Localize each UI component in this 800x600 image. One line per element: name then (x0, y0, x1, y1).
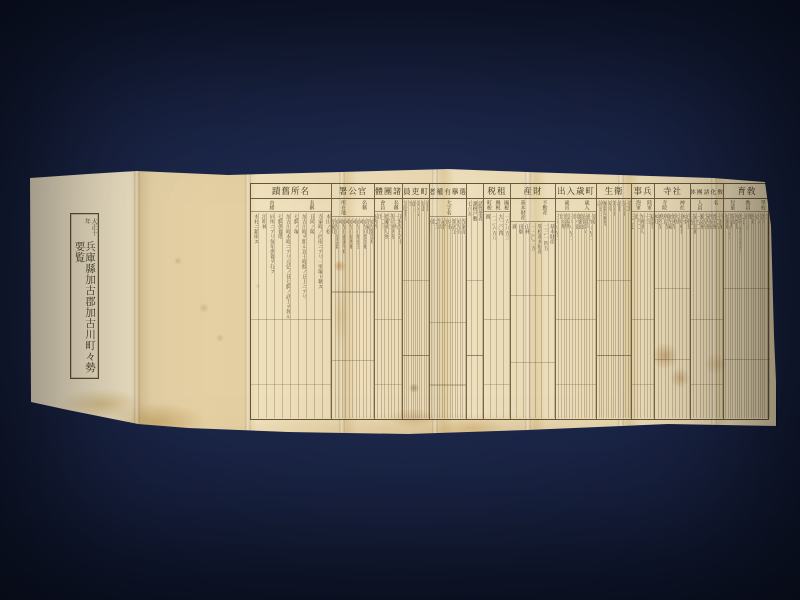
section-header: 寺社 (655, 184, 690, 199)
subheader-label: 所在地 (340, 200, 345, 215)
subheader-label: 不動産 (542, 200, 547, 220)
section-meisho-kyuseki: 蹟舊所名名稱由緒本田ノ松寺家町ノ西南ニアリ一里塚ト稱ス日岡ノ陵加古川町ヲ距ル北十… (251, 184, 331, 419)
section-header: 員吏町 (403, 184, 429, 199)
subheader-label: 敎員 (744, 200, 749, 210)
document-paper: 大正十年 兵庫縣加古郡加古川町々勢要覧 蹟舊所名名稱由緒本田ノ松寺家町ノ西南ニア… (28, 166, 776, 438)
section-header: 蹟舊所名 (251, 184, 331, 199)
section-body: 現役兵三五一二在鄉軍人二六〇計三〇七 (632, 212, 654, 419)
section-subheader: 名稱會員 (375, 199, 402, 212)
section-header: 者權有擧選 (430, 184, 466, 199)
section-subheader: 陸軍海軍 (632, 199, 654, 212)
section-sozei: 税租國税縣税町税一六,八五三九,二〇四一二,六五八圓 (483, 184, 510, 419)
subheader-label: 國税 (503, 200, 508, 210)
table-column: 加古川町本町ニアリ元弘ノ昔七騎ノ武士ヲ葬ル (283, 213, 291, 418)
section-body: 諸營業者課税戸數七八五 (467, 199, 483, 419)
section-senkyo-yukensha: 者權有擧選大字名寺家町三二五加古川二〇三篠原町一五二木村九六友澤八四稻屋七二計九… (429, 184, 466, 419)
section-zaisan: 産財不動産基本財産基本財産二三,一四五學校基本財産一一,〇二五山林田畑圓 (510, 184, 555, 419)
section-cho-sainyushutsu: 出入歳町歳入歳出町税一九,八五二使用料財産收入寄附金繰越金其ノ他計三八,六五二役… (555, 184, 596, 419)
subheader-label: 寺院 (661, 200, 666, 210)
subheader-label: 大字名 (446, 200, 451, 215)
section-subheader: 學校敎員兒童 (724, 199, 770, 212)
subheader-label: 歳出 (564, 200, 569, 210)
statistics-table: 蹟舊所名名稱由緒本田ノ松寺家町ノ西南ニアリ一里塚ト稱ス日岡ノ陵加古川町ヲ距ル北十… (250, 183, 769, 420)
cover-title: 兵庫縣加古郡加古川町々勢要覧 (74, 241, 95, 374)
subheader-label: 歳入 (584, 200, 589, 210)
section-header: 体團諸化敎 (691, 184, 723, 199)
section-header (467, 184, 483, 199)
subheader-label: 縣税 (494, 200, 499, 210)
table-column: 七騎ノ塚 (291, 213, 299, 418)
section-eisei: 生衛醫師一〇齒科醫三産婆八藥劑師二病院一傳染病患者四二同死亡五 (596, 184, 631, 419)
section-header: 體團諸 (375, 184, 402, 199)
section-subheader: 國税縣税町税 (484, 199, 510, 212)
subheader-label: 名稱 (309, 200, 314, 210)
section-kyoka-shodantai: 体團諸化敎名人員戸主會一〇五青年會四五五婦人會二五五處女會一八〇支出金額三五〇 (690, 184, 723, 419)
table-column: 本田ノ松 (323, 213, 331, 418)
subheader-label: 由緒 (269, 200, 274, 210)
table-column: 日岡ノ陵 (307, 213, 315, 418)
section-subheader: 名人員 (691, 199, 723, 212)
section-subheader: 名稱所在地 (332, 199, 374, 217)
cover-era-label: 大正十年 (83, 218, 96, 239)
section-body: 本田ノ松寺家町ノ西南ニアリ一里塚ト稱ス日岡ノ陵加古川町ヲ距ル北十町餘ノ丘上ニアリ… (251, 212, 331, 419)
subheader-label: 名稱 (393, 200, 398, 210)
table-column: 泊明神 (259, 213, 267, 418)
section-header: 税租 (484, 184, 510, 199)
section-heiji: 事兵陸軍海軍現役兵三五一二在鄉軍人二六〇計三〇七 (631, 184, 654, 419)
section-cho-riin: 員吏町町長一助役一收入役一書記九計一二町會議員二四 (402, 184, 429, 419)
cover-title-box: 大正十年 兵庫縣加古郡加古川町々勢要覧 (70, 213, 99, 379)
subheader-label: 學校 (760, 200, 765, 210)
section-body: 基本財産二三,一四五學校基本財産一一,〇二五山林田畑圓 (511, 222, 555, 419)
section-body: 尋常高等小學校二敎員男一八女一二兒童男八三五女七九二就學兒童出席步合九八,六卒業… (724, 212, 770, 419)
section-body: 寺家町三二五加古川二〇三篠原町一五二木村九六友澤八四稻屋七二計九三二 (430, 217, 466, 419)
section-header: 署公官 (332, 184, 374, 199)
subheader-label: 陸軍 (646, 200, 651, 210)
section-subheader: 名稱由緒 (251, 199, 331, 212)
table-column: 木村ニ鎮座ス (251, 213, 259, 418)
section-body: 醫師一〇齒科醫三産婆八藥劑師二病院一傳染病患者四二同死亡五 (597, 199, 631, 419)
subheader-label: 名稱 (361, 200, 366, 215)
section-subheader: 神社寺院 (655, 199, 690, 212)
section-subheader: 不動産基本財産 (511, 199, 555, 222)
section-header: 育敎 (724, 184, 770, 199)
section-body: 加古郡役所寺家町加古川警察署同加古川郵便局同加古川税務署同加古川區裁判所同加古川… (332, 217, 374, 419)
subheader-label: 基本財産 (520, 200, 525, 220)
section-kyoiku: 育敎學校敎員兒童尋常高等小學校二敎員男一八女一二兒童男八三五女七九二就學兒童出席… (723, 184, 770, 419)
table-column: 同所ニアリ毎年供養ヲ行フ (267, 213, 275, 418)
table-column: 尋常高等小學校 (768, 213, 770, 418)
section-sho-eigyosha: 諸營業者課税戸數七八五 (466, 184, 483, 419)
section-header: 事兵 (632, 184, 654, 199)
table-column: 加古川町ヲ距ル北十町餘ノ丘上ニアリ (299, 213, 307, 418)
section-header: 出入歳町 (556, 184, 596, 199)
photo-background: 大正十年 兵庫縣加古郡加古川町々勢要覧 蹟舊所名名稱由緒本田ノ松寺家町ノ西南ニア… (0, 0, 800, 600)
section-body: 日本赤十字社一二九海員掖濟會三六二愛國婦人會一〇三計五九四 (375, 212, 402, 419)
section-subheader: 歳入歳出 (556, 199, 596, 212)
section-body: 戸主會一〇五青年會四五五婦人會二五五處女會一八〇支出金額三五〇 (691, 212, 723, 419)
section-shodantai: 體團諸名稱會員日本赤十字社一二九海員掖濟會三六二愛國婦人會一〇三計五九四 (374, 184, 402, 419)
section-body: 町税一九,八五二使用料財産收入寄附金繰越金其ノ他計三八,六五二役場費敎育費土木費… (556, 212, 596, 419)
subheader-label: 神社 (679, 200, 684, 210)
section-body: 町長一助役一收入役一書記九計一二町會議員二四 (403, 199, 429, 419)
subheader-label: 名 (713, 200, 718, 210)
section-header: 産財 (511, 184, 555, 199)
section-body: 一六,八五三九,二〇四一二,六五八圓 (484, 212, 510, 419)
section-header: 生衛 (597, 184, 631, 199)
subheader-label: 人員 (697, 200, 702, 210)
subheader-label: 海軍 (635, 200, 640, 210)
table-column: 寺家町ノ西南ニアリ一里塚ト稱ス (315, 213, 323, 418)
subheader-label: 兒童 (729, 200, 734, 210)
section-shaji: 寺社神社寺院泊神社木村日岡神社大野鶴林寺北在家敎信寺野口稱名寺本町 (654, 184, 690, 419)
table-column: 七騎供養塔 (275, 213, 283, 418)
section-kankosho: 署公官名稱所在地加古郡役所寺家町加古川警察署同加古川郵便局同加古川税務署同加古川… (331, 184, 374, 419)
subheader-label: 會員 (379, 200, 384, 210)
section-subheader: 大字名 (430, 199, 466, 217)
section-body: 泊神社木村日岡神社大野鶴林寺北在家敎信寺野口稱名寺本町 (655, 212, 690, 419)
subheader-label: 町税 (486, 200, 491, 210)
